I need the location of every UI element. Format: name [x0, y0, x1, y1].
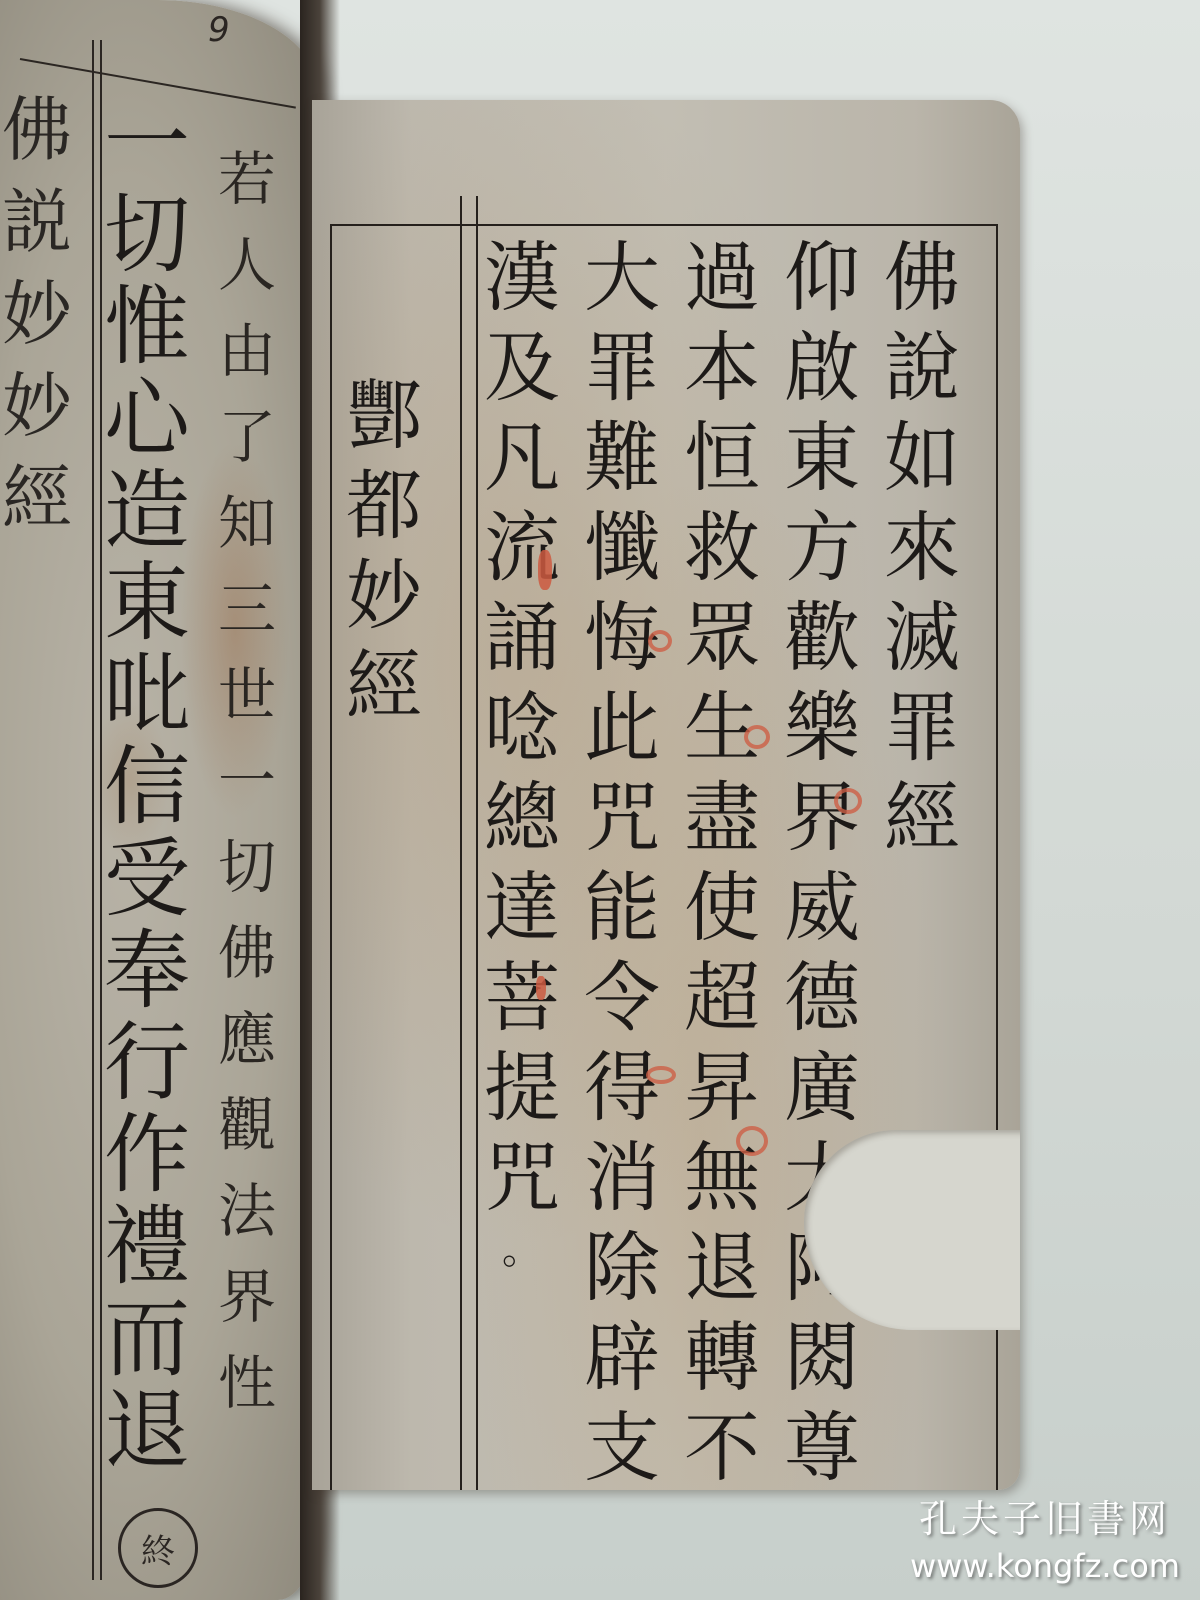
red-punctuation-mark: [834, 788, 862, 814]
char: 了: [218, 408, 276, 466]
char: 昇: [684, 1050, 760, 1126]
char: 辟: [584, 1320, 660, 1396]
char: 恒: [684, 420, 760, 496]
red-punctuation-mark: [736, 1126, 768, 1156]
char: 大: [584, 240, 660, 316]
red-punctuation-mark: [646, 1066, 676, 1084]
column-rule: [100, 40, 102, 1580]
char: 禮: [104, 1204, 190, 1290]
column-rule: [92, 40, 94, 1580]
char: 咒: [584, 780, 660, 856]
red-punctuation-mark: [744, 725, 770, 749]
char: 佛: [218, 924, 276, 982]
char: 超: [684, 960, 760, 1036]
end-punctuation: 。: [502, 1230, 542, 1270]
char: 妙: [2, 279, 72, 349]
left-text-column-3: 若 人 由 了 知 三 世 一 切 佛 應 觀 法 界 性: [218, 150, 276, 1412]
watermark-url: www.kongfz.com: [900, 1547, 1190, 1585]
char: 及: [484, 330, 560, 406]
char: 德: [784, 960, 860, 1036]
char: 達: [484, 870, 560, 946]
char: 轉: [684, 1320, 760, 1396]
end-seal-mark: 終: [118, 1508, 198, 1588]
char: 咒: [484, 1140, 560, 1216]
char: 盡: [684, 780, 760, 856]
red-punctuation-mark: [648, 630, 672, 652]
char: 使: [684, 870, 760, 946]
char: 說: [884, 330, 960, 406]
char: 人: [218, 236, 276, 294]
char: 性: [218, 1354, 276, 1412]
char: 退: [684, 1230, 760, 1306]
char: 惟: [104, 284, 190, 370]
char: 三: [218, 580, 276, 638]
char: 令: [584, 960, 660, 1036]
char: 總: [484, 780, 560, 856]
char: 知: [218, 494, 276, 552]
char: 經: [2, 463, 72, 533]
char: 凡: [484, 420, 560, 496]
char: 東: [784, 420, 860, 496]
text-column-4: 漢 及 凡 流 誦 唸 總 達 菩 提 咒 。: [484, 240, 560, 1270]
char: 一: [218, 752, 276, 810]
char: 支: [584, 1410, 660, 1486]
char: 方: [784, 510, 860, 586]
char: 閦: [784, 1320, 860, 1396]
char: 罪: [584, 330, 660, 406]
char: 經: [884, 780, 960, 856]
column-rule: [476, 196, 478, 1490]
text-column-2: 過 本 恒 救 眾 生 盡 使 超 昇 無 退 轉 不: [684, 240, 760, 1486]
site-watermark: 孔夫子旧書网 www.kongfz.com: [900, 1488, 1190, 1585]
red-punctuation-mark: [538, 550, 552, 590]
char: 行: [104, 1020, 190, 1106]
char: 滅: [884, 600, 960, 676]
char: 如: [884, 420, 960, 496]
char: 佛: [2, 95, 72, 165]
char: 而: [104, 1296, 190, 1382]
char: 不: [684, 1410, 760, 1486]
char: 信: [104, 744, 190, 830]
char: 由: [218, 322, 276, 380]
char: 應: [218, 1010, 276, 1068]
char: 退: [104, 1388, 190, 1474]
char: 酆: [346, 378, 422, 454]
char: 提: [484, 1050, 560, 1126]
char: 若: [218, 150, 276, 208]
char: 漢: [484, 240, 560, 316]
char: 救: [684, 510, 760, 586]
char: 歡: [784, 600, 860, 676]
char: 過: [684, 240, 760, 316]
column-rule: [460, 196, 462, 1490]
torn-paper-patch: [804, 1130, 1020, 1330]
char: 除: [584, 1230, 660, 1306]
char: 威: [784, 870, 860, 946]
char: 界: [218, 1268, 276, 1326]
char: 妙: [346, 558, 422, 634]
border-rule: [330, 226, 332, 1490]
char: 佛: [884, 240, 960, 316]
char: 能: [584, 870, 660, 946]
char: 廣: [784, 1050, 860, 1126]
char: 切: [218, 838, 276, 896]
char: 奉: [104, 928, 190, 1014]
left-text-column-2: 一 切 惟 心 造 東 吡 信 受 奉 行 作 禮 而 退: [104, 100, 190, 1474]
char: 一: [104, 100, 190, 186]
text-column-3: 大 罪 難 懺 悔 此 咒 能 令 得 消 除 辟 支: [584, 240, 660, 1486]
photo-scene: 9 佛 説 妙 妙 經 一 切 惟 心 造 東 吡 信 受 奉 行 作 禮 而 …: [0, 0, 1200, 1600]
char: 得: [584, 1050, 660, 1126]
subtitle-column: 酆 都 妙 經: [346, 378, 422, 724]
char: 仰: [784, 240, 860, 316]
char: 菩: [484, 960, 560, 1036]
handwritten-page-number: 9: [208, 10, 230, 50]
char: 切: [104, 192, 190, 278]
left-page: 9 佛 説 妙 妙 經 一 切 惟 心 造 東 吡 信 受 奉 行 作 禮 而 …: [0, 0, 318, 1600]
title-column: 佛 說 如 來 滅 罪 經: [884, 240, 960, 856]
right-page: 佛 說 如 來 滅 罪 經 仰 啟 東 方 歡 樂 界 威 德 廣 大 阿: [312, 100, 1020, 1490]
char: 眾: [684, 600, 760, 676]
char: 唸: [484, 690, 560, 766]
left-text-column-1: 佛 説 妙 妙 經: [2, 95, 72, 533]
char: 樂: [784, 690, 860, 766]
watermark-title: 孔夫子旧書网: [900, 1488, 1190, 1543]
char: 誦: [484, 600, 560, 676]
char: 觀: [218, 1096, 276, 1154]
char: 心: [104, 376, 190, 462]
char: 東: [104, 560, 190, 646]
char: 經: [346, 648, 422, 724]
char: 説: [2, 187, 72, 257]
char: 作: [104, 1112, 190, 1198]
char: 啟: [784, 330, 860, 406]
char: 此: [584, 690, 660, 766]
char: 難: [584, 420, 660, 496]
subtitle-block: 酆 都 妙 經: [346, 378, 422, 724]
char: 法: [218, 1182, 276, 1240]
char: 世: [218, 666, 276, 724]
char: 罪: [884, 690, 960, 766]
char: 消: [584, 1140, 660, 1216]
char: 造: [104, 468, 190, 554]
char: 尊: [784, 1410, 860, 1486]
char: 本: [684, 330, 760, 406]
char: 都: [346, 468, 422, 544]
char: 妙: [2, 371, 72, 441]
char: 來: [884, 510, 960, 586]
red-punctuation-mark: [536, 976, 546, 1000]
char: 懺: [584, 510, 660, 586]
char: 吡: [104, 652, 190, 738]
char: 受: [104, 836, 190, 922]
